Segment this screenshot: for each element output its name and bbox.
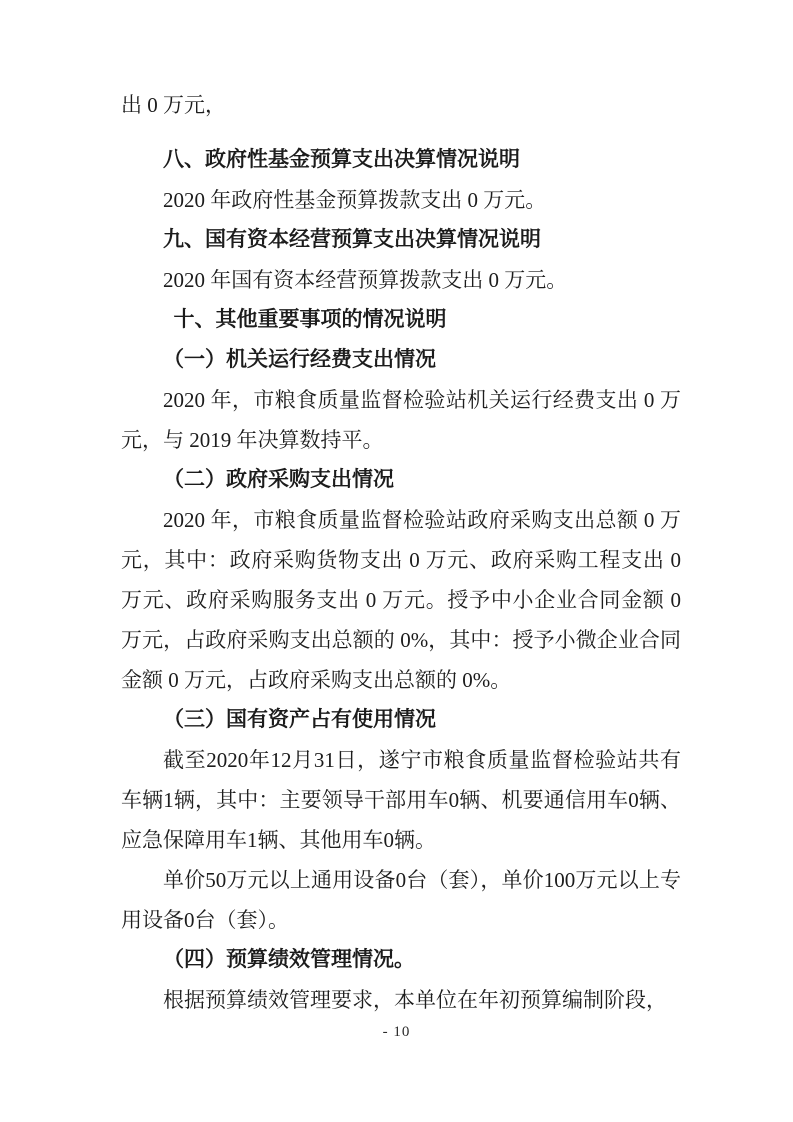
document-body: 出 0 万元， 八、政府性基金预算支出决算情况说明 2020 年政府性基金预算拨… [121,85,681,1020]
paragraph: 根据预算绩效管理要求，本单位在年初预算编制阶段， [121,980,681,1020]
paragraph: 2020 年，市粮食质量监督检验站机关运行经费支出 0 万元，与 2019 年决… [121,380,681,460]
subsection-heading-3: （三）国有资产占有使用情况 [121,700,681,740]
section-heading-8: 八、政府性基金预算支出决算情况说明 [121,140,681,180]
section-heading-9: 九、国有资本经营预算支出决算情况说明 [121,220,681,260]
subsection-heading-4: （四）预算绩效管理情况。 [121,940,681,980]
paragraph: 截至2020年12月31日，遂宁市粮食质量监督检验站共有车辆1辆，其中：主要领导… [121,740,681,860]
page-number: - 10 [0,1024,793,1041]
paragraph: 2020 年，市粮食质量监督检验站政府采购支出总额 0 万元，其中：政府采购货物… [121,500,681,700]
document-page: 出 0 万元， 八、政府性基金预算支出决算情况说明 2020 年政府性基金预算拨… [0,0,793,1122]
paragraph: 2020 年国有资本经营预算拨款支出 0 万元。 [121,260,681,300]
paragraph: 2020 年政府性基金预算拨款支出 0 万元。 [121,180,681,220]
subsection-heading-1: （一）机关运行经费支出情况 [121,340,681,380]
section-heading-10: 十、其他重要事项的情况说明 [121,300,681,340]
paragraph-continuation: 出 0 万元， [121,85,681,125]
subsection-heading-2: （二）政府采购支出情况 [121,460,681,500]
paragraph: 单价50万元以上通用设备0台（套），单价100万元以上专用设备0台（套）。 [121,860,681,940]
